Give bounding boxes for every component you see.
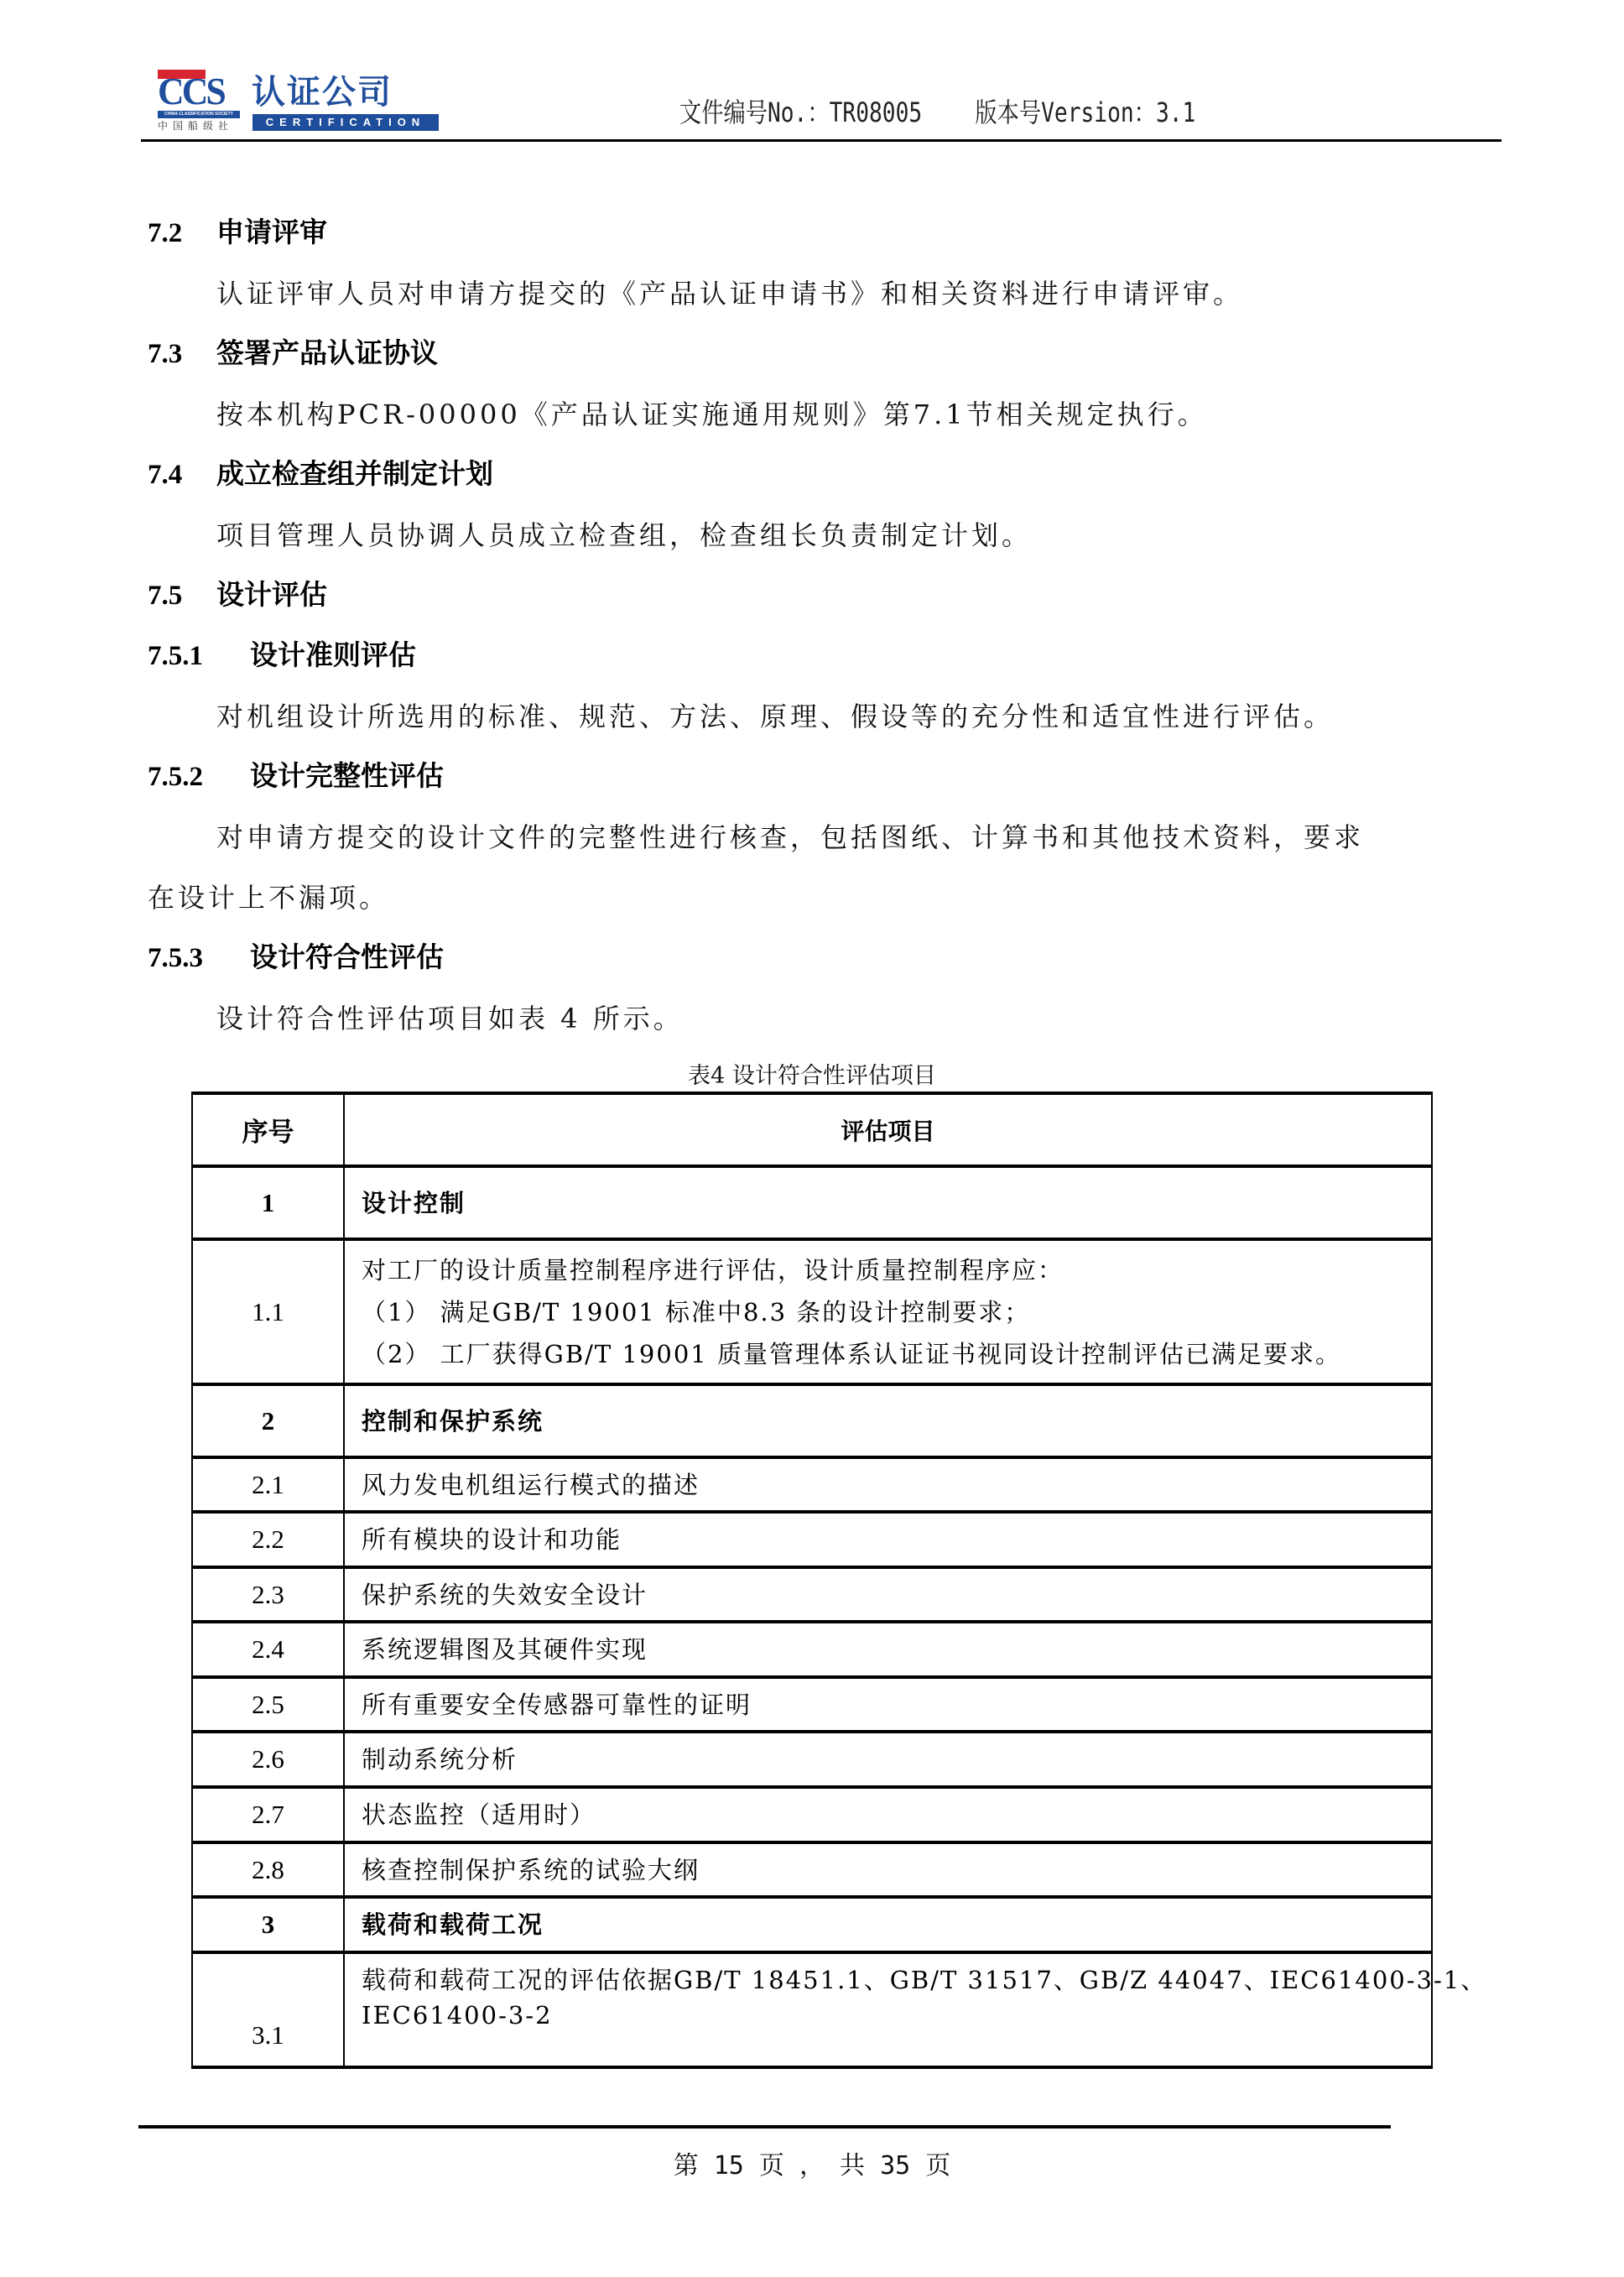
row-number: 2.1 [192,1457,344,1512]
section-number: 7.5 [148,577,182,614]
row-item: 保护系统的失效安全设计 [344,1567,1432,1622]
section-body-7-5-2-line2: 在设计上不漏项。 [148,879,389,916]
design-conformity-table: 序号 评估项目 1 设计控制 1.1 对工厂的设计质量控制程序进行评估，设计质量… [191,1092,1433,2069]
doc-number-label: 文件编号No.： [679,96,830,128]
section-number: 7.5.1 [148,638,203,675]
table-row: 2.5 所有重要安全传感器可靠性的证明 [192,1677,1432,1732]
row-item-line: （2） 工厂获得GB/T 19001 质量管理体系认证证书视同设计控制评估已满足… [362,1333,1431,1375]
section-title: 设计准则评估 [250,638,416,675]
row-number: 1.1 [192,1239,344,1384]
table-row: 2.6 制动系统分析 [192,1732,1432,1787]
table-row: 2 控制和保护系统 [192,1384,1432,1457]
table-row: 2.7 状态监控（适用时） [192,1787,1432,1842]
row-item: 状态监控（适用时） [344,1787,1432,1842]
section-heading-7-5-3: 7.5.3 设计符合性评估 [148,940,203,977]
row-number: 2.6 [192,1732,344,1787]
footer-divider [138,2125,1391,2128]
doc-number: TR08005 [830,96,923,128]
section-heading-7-2: 7.2 申请评审 [148,215,182,252]
section-heading-7-3: 7.3 签署产品认证协议 [148,336,182,373]
row-item: 设计控制 [344,1166,1432,1239]
table-row: 2.2 所有模块的设计和功能 [192,1512,1432,1567]
row-number: 3.1 [192,1952,344,2067]
row-item-line: 载荷和载荷工况的评估依据GB/T 18451.1、GB/T 31517、GB/Z… [362,1962,1431,1998]
section-title: 申请评审 [216,215,327,252]
row-number: 3 [192,1897,344,1952]
table-row: 3.1 载荷和载荷工况的评估依据GB/T 18451.1、GB/T 31517、… [192,1952,1432,2067]
row-number: 2.3 [192,1567,344,1622]
logo-society-cn: 中国船级社 [158,120,242,132]
table-row: 1 设计控制 [192,1166,1432,1239]
row-item: 载荷和载荷工况 [344,1897,1432,1952]
row-item: 风力发电机组运行模式的描述 [344,1457,1432,1512]
table-row: 3 载荷和载荷工况 [192,1897,1432,1952]
section-title: 设计评估 [216,577,327,614]
table-row: 2.1 风力发电机组运行模式的描述 [192,1457,1432,1512]
section-title: 成立检查组并制定计划 [216,456,493,493]
section-body-7-5-1: 对机组设计所选用的标准、规范、方法、原理、假设等的充分性和适宜性进行评估。 [216,698,1334,735]
row-item: 核查控制保护系统的试验大纲 [344,1842,1432,1897]
section-title: 签署产品认证协议 [216,336,438,373]
table-row: 1.1 对工厂的设计质量控制程序进行评估，设计质量控制程序应： （1） 满足GB… [192,1239,1432,1384]
section-number: 7.4 [148,456,182,493]
row-item-line: IEC61400-3-2 [362,1998,1431,2033]
row-number: 2.2 [192,1512,344,1567]
table-row: 2.4 系统逻辑图及其硬件实现 [192,1622,1432,1677]
row-number: 2 [192,1384,344,1457]
section-number: 7.2 [148,215,182,252]
section-number: 7.5.2 [148,758,203,795]
section-title: 设计完整性评估 [250,758,444,795]
row-item: 制动系统分析 [344,1732,1432,1787]
header-divider [141,139,1502,142]
section-body-7-3: 按本机构PCR-00000《产品认证实施通用规则》第7.1节相关规定执行。 [216,396,1208,433]
row-number: 2.7 [192,1787,344,1842]
section-body-7-5-2-line1: 对申请方提交的设计文件的完整性进行核查，包括图纸、计算书和其他技术资料，要求 [216,819,1364,856]
row-item: 所有重要安全传感器可靠性的证明 [344,1677,1432,1732]
section-number: 7.5.3 [148,940,203,977]
row-number: 2.5 [192,1677,344,1732]
section-number: 7.3 [148,336,182,373]
header-serial-number: 序号 [192,1093,344,1166]
section-heading-7-5-1: 7.5.1 设计准则评估 [148,638,203,675]
row-item: 所有模块的设计和功能 [344,1512,1432,1567]
table-row: 2.3 保护系统的失效安全设计 [192,1567,1432,1622]
row-item: 对工厂的设计质量控制程序进行评估，设计质量控制程序应： （1） 满足GB/T 1… [344,1239,1432,1384]
logo-title-en: CERTIFICATION [252,114,439,131]
header-assessment-item: 评估项目 [344,1093,1432,1166]
table-caption: 表4 设计符合性评估项目 [0,1061,1624,1092]
table-row: 2.8 核查控制保护系统的试验大纲 [192,1842,1432,1897]
section-heading-7-5: 7.5 设计评估 [148,577,182,614]
section-body-7-2: 认证评审人员对申请方提交的《产品认证申请书》和相关资料进行申请评审。 [216,275,1243,312]
table-header-row: 序号 评估项目 [192,1093,1432,1166]
section-title: 设计符合性评估 [250,940,444,977]
row-number: 1 [192,1166,344,1239]
row-item-line: （1） 满足GB/T 19001 标准中8.3 条的设计控制要求； [362,1291,1431,1333]
section-body-7-5-3: 设计符合性评估项目如表 4 所示。 [216,1000,684,1037]
ccs-certification-logo: CCS CHINA CLASSIFICATION SOCIETY 中国船级社 认… [158,74,451,133]
section-body-7-4: 项目管理人员协调人员成立检查组，检查组长负责制定计划。 [216,517,1032,554]
row-item: 系统逻辑图及其硬件实现 [344,1622,1432,1677]
section-heading-7-4: 7.4 成立检查组并制定计划 [148,456,182,493]
row-item: 控制和保护系统 [344,1384,1432,1457]
logo-ccs-mark: CCS [158,74,237,109]
version-value: 3.1 [1156,96,1195,128]
row-item-line: 对工厂的设计质量控制程序进行评估，设计质量控制程序应： [362,1249,1431,1291]
page-number: 第 15 页 ， 共 35 页 [0,2149,1624,2183]
row-number: 2.8 [192,1842,344,1897]
section-heading-7-5-2: 7.5.2 设计完整性评估 [148,758,203,795]
logo-society-en: CHINA CLASSIFICATION SOCIETY [158,111,240,118]
row-item: 载荷和载荷工况的评估依据GB/T 18451.1、GB/T 31517、GB/Z… [344,1952,1432,2067]
version-label: 版本号Version： [975,96,1156,128]
row-number: 2.4 [192,1622,344,1677]
document-meta: 文件编号No.：TR08005 版本号Version：3.1 [679,94,1195,131]
logo-title-cn: 认证公司 [252,74,393,111]
